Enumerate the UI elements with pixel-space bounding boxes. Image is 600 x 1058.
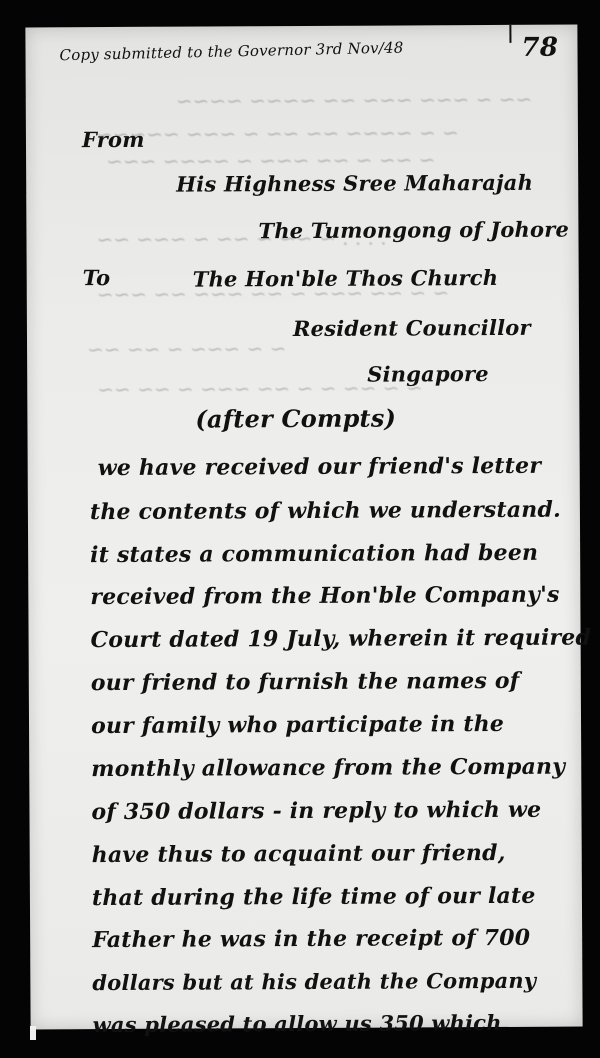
body-line: was pleased to allow us 350 which: [93, 1010, 502, 1037]
to-label: To: [83, 265, 111, 290]
margin-note: Copy submitted to the Governor 3rd Nov/4…: [59, 38, 403, 64]
bleed-through-text: ~~ ~ ~~~ ~~~ ~~ ~~~~ ~~~~: [176, 87, 533, 113]
body-line: our family who participate in the: [91, 711, 504, 739]
folio-number: 78: [521, 33, 558, 63]
margin-tick: [509, 25, 511, 43]
bleed-through-text: ~ ~ ~~~ ~ ~~ ~~: [87, 336, 286, 361]
body-line: we have received our friend's letter: [98, 453, 542, 481]
manuscript-page: ~~ ~ ~~~ ~~~ ~~ ~~~~ ~~~~ ~ ~ ~~~~ ~~ ~~…: [25, 25, 582, 1030]
body-line: our friend to furnish the names of: [91, 668, 520, 696]
body-line: of 350 dollars - in reply to which we: [91, 797, 541, 825]
body-line: Father he was in the receipt of 700: [92, 925, 530, 953]
body-line: dollars but at his death the Company: [92, 968, 536, 995]
recipient-line-3: Singapore: [367, 361, 489, 387]
body-line: monthly allowance from the Company: [91, 754, 565, 782]
recipient-line-2: Resident Councillor: [293, 315, 531, 341]
sender-line-1: His Highness Sree Maharajah: [176, 170, 533, 197]
scan-frame: ~~ ~ ~~~ ~~~ ~~ ~~~~ ~~~~ ~ ~ ~~~~ ~~ ~~…: [0, 0, 600, 1058]
recipient-line-1: The Hon'ble Thos Church: [193, 265, 499, 292]
bleed-through-text: ~ ~~ ~ ~~ ~~~ ~ ~~~~ ~~~: [106, 147, 436, 173]
page-edge-stub: [30, 1026, 36, 1040]
body-line: Court dated 19 July, wherein it required: [91, 624, 592, 653]
from-label: From: [82, 127, 145, 152]
body-line: have thus to acquaint our friend,: [92, 840, 506, 868]
bleed-through-text: ~ ~ ~~~~ ~~ ~~ ~ ~~~ ~~~~~: [96, 120, 459, 146]
sender-line-2: The Tumongong of Johore: [258, 217, 569, 244]
body-line: received from the Hon'ble Company's: [90, 582, 559, 610]
body-line: the contents of which we understand.: [90, 497, 561, 525]
body-line: that during the life time of our late: [92, 883, 536, 911]
compliments-note: (after Compts): [195, 404, 396, 434]
body-line: it states a communication had been: [90, 540, 538, 568]
